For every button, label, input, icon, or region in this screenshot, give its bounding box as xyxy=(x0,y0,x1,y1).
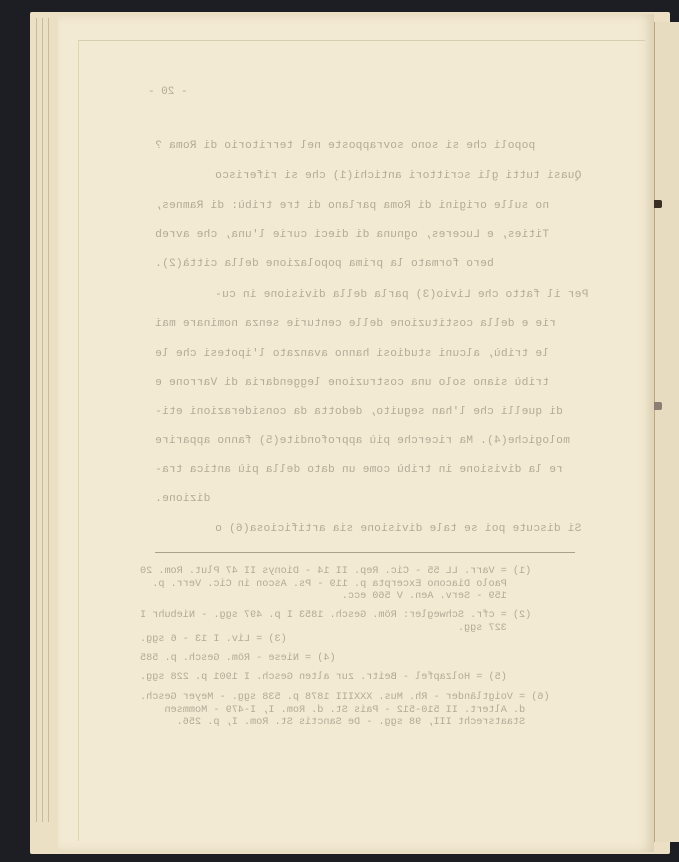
facing-page-edge xyxy=(654,22,679,842)
footnote: (5) = Holzapfel - Beitr. zur alten Gesch… xyxy=(140,672,507,685)
body-line: bero formato la prima popolazione della … xyxy=(155,258,494,270)
footnote-rule xyxy=(155,552,575,553)
body-line: rie e della costituzione delle centurie … xyxy=(155,318,556,330)
body-line: popoli che si sono sovrapposte nel terri… xyxy=(155,140,535,152)
body-line: dizione. xyxy=(155,493,210,505)
footnote: (1) = Varr. LL 55 - Cic. Rep. II 14 - Di… xyxy=(140,566,531,604)
body-line: no sulle origini di Roma parlano di tre … xyxy=(155,200,549,212)
body-line: Quasi tutti gli scrittori antichi(1) che… xyxy=(215,170,581,182)
body-line: Si discute poi se tale divisione sia art… xyxy=(215,523,581,535)
page-edge xyxy=(36,18,37,822)
footnote: (6) = Voigtländer - Rh. Mus. XXXIII 1878… xyxy=(140,692,550,730)
body-line: mologiche(4). Ma ricerche più approfondi… xyxy=(155,435,570,447)
footnote: (3) = Liv. I 13 - 6 sgg. xyxy=(140,634,287,647)
body-line: le tribù, alcuni studiosi hanno avanzato… xyxy=(155,348,549,360)
page-edge xyxy=(42,18,43,822)
footnote: (4) = Niese - Röm. Gesch. p. 585 xyxy=(140,653,336,666)
page-edge xyxy=(48,18,49,822)
body-line: Per il fatto che Livio(3) parla della di… xyxy=(215,289,588,301)
body-line: tribù siano solo una costruzione leggend… xyxy=(155,377,549,389)
page-number: - 20 - xyxy=(148,86,188,98)
body-line: re la divisione in tribù come un dato de… xyxy=(155,464,563,476)
body-line: di quelli che l'han seguito, dedotta da … xyxy=(155,406,563,418)
footnote: (2) = cfr. Schwegler: Röm. Gesch. 1853 I… xyxy=(140,610,531,635)
body-line: Tities, e Luceres, ognuna di dieci curie… xyxy=(155,229,549,241)
